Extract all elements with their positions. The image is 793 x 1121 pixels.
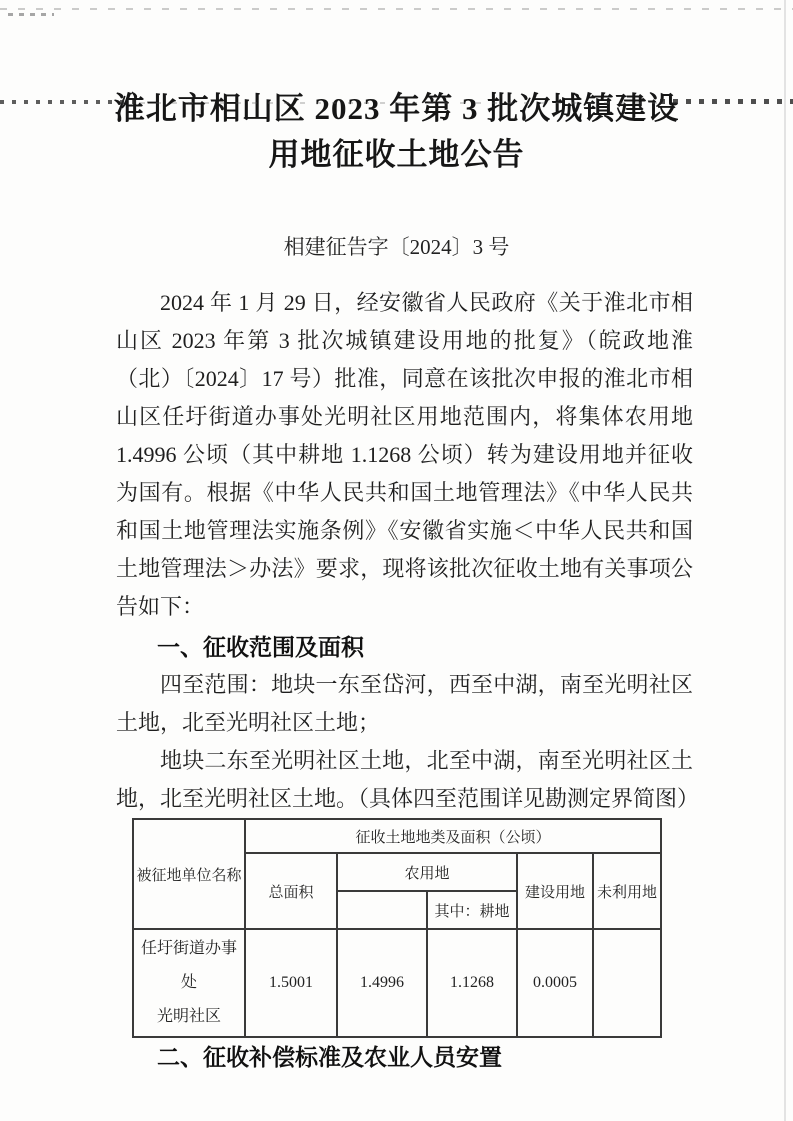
scan-artifact-corner-mark: [8, 13, 54, 16]
table-header-unused: 未利用地: [593, 853, 661, 929]
scan-artifact-page-edge: [784, 0, 786, 1121]
document-title-line1: 淮北市相山区 2023 年第 3 批次城镇建设: [0, 86, 793, 132]
scanned-document-page: 淮北市相山区 2023 年第 3 批次城镇建设 用地征收土地公告 相建征告字〔2…: [0, 0, 793, 1121]
table-header-unit-name: 被征地单位名称: [133, 819, 245, 929]
table-cell-construction: 0.0005: [517, 929, 593, 1037]
scan-artifact-noise-band-right: [660, 99, 793, 104]
table-header-cultivated: 其中：耕地: [427, 891, 517, 929]
paragraph-plot-one-boundaries: 四至范围：地块一东至岱河，西至中湖，南至光明社区土地，北至光明社区土地；: [116, 666, 693, 742]
document-number: 相建征告字〔2024〕3 号: [0, 228, 793, 266]
paragraph-plot-two-boundaries: 地块二东至光明社区土地，北至中湖，南至光明社区土地，北至光明社区土地。（具体四至…: [116, 742, 693, 818]
table-cell-unit-name: 任圩街道办事处 光明社区: [133, 929, 245, 1037]
table-cell-agricultural: 1.4996: [337, 929, 427, 1037]
document-title-line2: 用地征收土地公告: [0, 132, 793, 178]
table-header-agricultural: 农用地: [337, 853, 517, 891]
table-header-row-1: 被征地单位名称 征收土地地类及面积（公顷）: [133, 819, 661, 853]
table-header-agricultural-spacer: [337, 891, 427, 929]
section-1-heading: 一、征收范围及面积: [116, 628, 693, 666]
paragraph-approval: 2024 年 1 月 29 日，经安徽省人民政府《关于淮北市相山区 2023 年…: [116, 284, 693, 626]
table-header-total-area: 总面积: [245, 853, 337, 929]
unit-name-line1: 任圩街道办事处: [136, 932, 242, 1000]
table-header-construction: 建设用地: [517, 853, 593, 929]
document-body: 2024 年 1 月 29 日，经安徽省人民政府《关于淮北市相山区 2023 年…: [0, 284, 793, 1076]
unit-name-line2: 光明社区: [136, 1000, 242, 1034]
scan-artifact-noise-band-left: [0, 100, 140, 104]
land-area-table: 被征地单位名称 征收土地地类及面积（公顷） 总面积 农用地 建设用地 未利用地 …: [132, 818, 662, 1038]
table-cell-cultivated: 1.1268: [427, 929, 517, 1037]
table-row: 任圩街道办事处 光明社区 1.5001 1.4996 1.1268 0.0005: [133, 929, 661, 1037]
table-header-group: 征收土地地类及面积（公顷）: [245, 819, 661, 853]
scan-artifact-noise-band-middle: [140, 102, 660, 104]
scan-artifact-top-line: [0, 8, 793, 10]
table-cell-total-area: 1.5001: [245, 929, 337, 1037]
table-cell-unused: [593, 929, 661, 1037]
section-2-heading: 二、征收补偿标准及农业人员安置: [116, 1038, 693, 1076]
